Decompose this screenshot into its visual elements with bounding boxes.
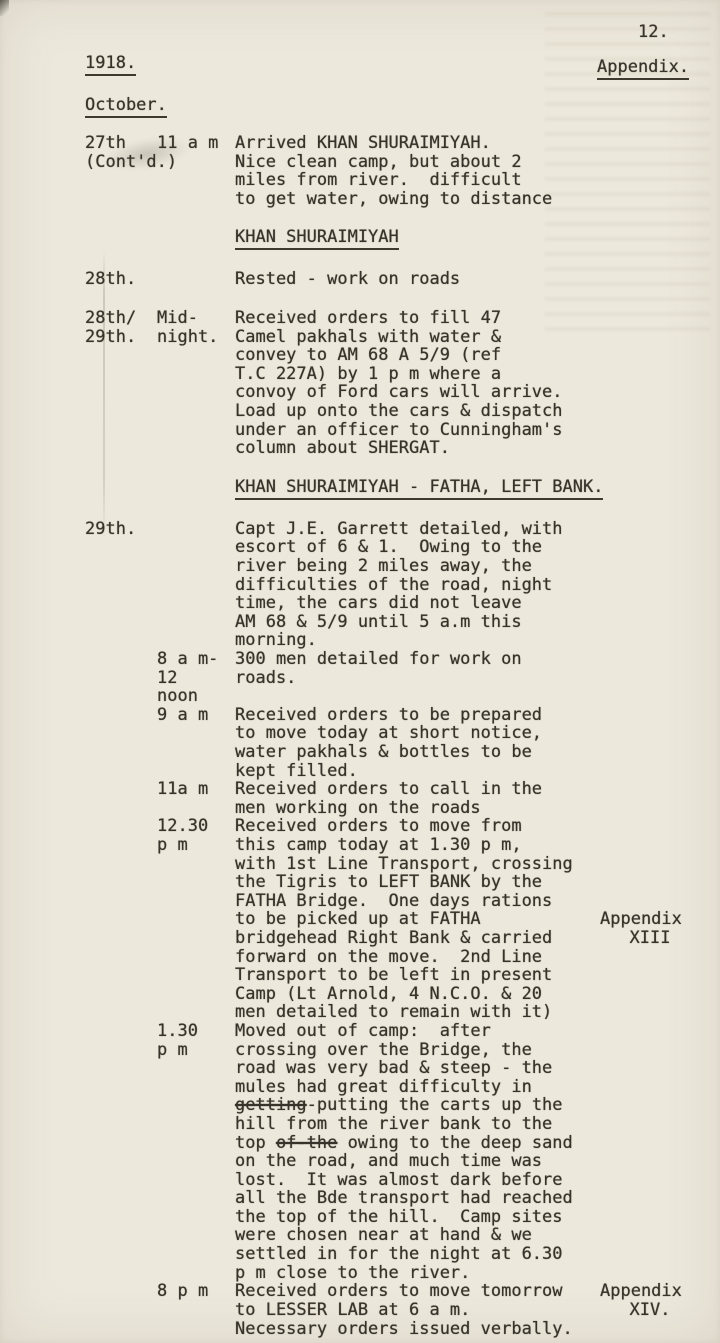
diary-entry: 28th/29th.Mid-night.Received orders to f… bbox=[0, 309, 720, 458]
entry-time: Mid-night. bbox=[157, 309, 218, 346]
appendix-margin-line: Appendix bbox=[600, 910, 700, 929]
month-heading-text: October. bbox=[85, 95, 167, 118]
appendix-margin-line: XIV. bbox=[600, 1301, 700, 1320]
entry-date-line: 29th. bbox=[85, 328, 136, 347]
entry-line: road was very bad & steep - the bbox=[235, 1059, 608, 1078]
entry-line: with 1st Line Transport, crossing bbox=[235, 855, 608, 874]
month-heading: October. bbox=[85, 95, 167, 115]
entry-line: to LESSER LAB at 6 a m. bbox=[235, 1301, 608, 1320]
entry-line: to get water, owing to distance bbox=[235, 190, 608, 209]
entry-line: Nice clean camp, but about 2 bbox=[235, 153, 608, 172]
appendix-margin-line: XIII bbox=[600, 929, 700, 948]
entry-line: morning. bbox=[235, 631, 608, 650]
section-heading-text: KHAN SHURAIMIYAH bbox=[235, 227, 399, 250]
diary-entry: 9 a mReceived orders to be preparedto mo… bbox=[0, 706, 720, 780]
entry-date-line: 29th. bbox=[85, 520, 136, 539]
scan-corner-mark bbox=[0, 0, 9, 16]
entry-body: Capt J.E. Garrett detailed, withescort o… bbox=[235, 520, 608, 650]
appendix-margin-note: AppendixXIII bbox=[600, 910, 700, 947]
diary-entry: 11a mReceived orders to call in themen w… bbox=[0, 780, 720, 817]
document-page: 12. 1918. Appendix. October. 27th(Cont'd… bbox=[0, 0, 720, 1343]
entry-time-line: p m bbox=[157, 836, 208, 855]
entry-line: Necessary orders issued verbally. bbox=[235, 1320, 608, 1339]
diary-entry: 8 p mReceived orders to move tomorrowto … bbox=[0, 1282, 720, 1338]
entry-line: the top of the hill. Camp sites bbox=[235, 1208, 608, 1227]
entry-line: column about SHERGAT. bbox=[235, 439, 608, 458]
section-heading: KHAN SHURAIMIYAH bbox=[235, 228, 720, 250]
entry-body: Received orders to be preparedto move to… bbox=[235, 706, 608, 780]
entry-line: miles from river. difficult bbox=[235, 171, 608, 190]
entry-line: settled in for the night at 6.30 bbox=[235, 1245, 608, 1264]
entry-line: T.C 227A) by 1 p m where a bbox=[235, 365, 608, 384]
entry-time-line: 1.30 bbox=[157, 1022, 198, 1041]
entry-body: Received orders to call in themen workin… bbox=[235, 780, 608, 817]
entry-line: mules had great difficulty in bbox=[235, 1078, 608, 1097]
entry-body: Rested - work on roads bbox=[235, 270, 608, 289]
entry-time-line: 8 a m- bbox=[157, 650, 218, 669]
entry-time-line: Mid- bbox=[157, 309, 218, 328]
entry-line: water pakhals & bottles to be bbox=[235, 743, 608, 762]
entry-line: Received orders to be prepared bbox=[235, 706, 608, 725]
entry-line: p m close to the river. bbox=[235, 1264, 608, 1283]
entry-line: this camp today at 1.30 p m, bbox=[235, 836, 608, 855]
entry-line: to be picked up at FATHA bbox=[235, 910, 608, 929]
entry-body: Moved out of camp: aftercrossing over th… bbox=[235, 1022, 608, 1282]
entry-time-line: 12 bbox=[157, 669, 218, 688]
entry-line: difficulties of the road, night bbox=[235, 576, 608, 595]
diary-entry: 1.30p mMoved out of camp: aftercrossing … bbox=[0, 1022, 720, 1282]
diary-entry: 27th(Cont'd.)11 a mArrived KHAN SHURAIMI… bbox=[0, 134, 720, 208]
entry-line: river being 2 miles away, the bbox=[235, 557, 608, 576]
entry-time-line: 11 a m bbox=[157, 134, 218, 153]
entry-line: bridgehead Right Bank & carried bbox=[235, 929, 608, 948]
entry-body: 300 men detailed for work onroads. bbox=[235, 650, 608, 687]
entry-body: Received orders to fill 47Camel pakhals … bbox=[235, 309, 608, 458]
entry-line: on the road, and much time was bbox=[235, 1152, 608, 1171]
entry-time-line: night. bbox=[157, 328, 218, 347]
year-heading: 1918. bbox=[85, 53, 136, 73]
entry-line: FATHA Bridge. One days rations bbox=[235, 892, 608, 911]
entry-date-line: (Cont'd.) bbox=[85, 153, 177, 172]
entry-line: Received orders to fill 47 bbox=[235, 309, 608, 328]
entry-line: all the Bde transport had reached bbox=[235, 1189, 608, 1208]
entry-time: 11a m bbox=[157, 780, 208, 799]
entry-time: 8 p m bbox=[157, 1282, 208, 1301]
struck-text: of-the bbox=[276, 1133, 337, 1153]
entry-line: escort of 6 & 1. Owing to the bbox=[235, 538, 608, 557]
text-segment: owing to the deep sand bbox=[337, 1133, 572, 1153]
entry-line: Received orders to call in the bbox=[235, 780, 608, 799]
entry-date-line: 28th. bbox=[85, 270, 136, 289]
entry-line: 300 men detailed for work on bbox=[235, 650, 608, 669]
entry-line: time, the cars did not leave bbox=[235, 594, 608, 613]
entry-line: Moved out of camp: after bbox=[235, 1022, 608, 1041]
entry-line: Load up onto the cars & dispatch bbox=[235, 402, 608, 421]
entry-line: Camel pakhals with water & bbox=[235, 328, 608, 347]
text-segment: top bbox=[235, 1133, 276, 1153]
entry-line: crossing over the Bridge, the bbox=[235, 1041, 608, 1060]
entry-line: convey to AM 68 A 5/9 (ref bbox=[235, 346, 608, 365]
page-number: 12. bbox=[638, 22, 669, 42]
diary-entry: 28th.Rested - work on roads bbox=[0, 270, 720, 289]
entry-date: 29th. bbox=[85, 520, 136, 539]
entry-line: Received orders to move from bbox=[235, 817, 608, 836]
entry-line: kept filled. bbox=[235, 762, 608, 781]
entry-date-line: 28th/ bbox=[85, 309, 136, 328]
entry-line: Transport to be left in present bbox=[235, 966, 608, 985]
entry-line: the Tigris to LEFT BANK by the bbox=[235, 873, 608, 892]
entry-body: Arrived KHAN SHURAIMIYAH.Nice clean camp… bbox=[235, 134, 608, 208]
entry-time-line: noon bbox=[157, 687, 218, 706]
entry-body: Received orders to move fromthis camp to… bbox=[235, 817, 608, 1022]
entry-line: AM 68 & 5/9 until 5 a.m this bbox=[235, 613, 608, 632]
entry-line: convoy of Ford cars will arrive. bbox=[235, 383, 608, 402]
appendix-margin-line: Appendix bbox=[600, 1282, 700, 1301]
entry-date: 28th/29th. bbox=[85, 309, 136, 346]
entry-time-line: 12.30 bbox=[157, 817, 208, 836]
entry-time: 9 a m bbox=[157, 706, 208, 725]
entry-time: 1.30p m bbox=[157, 1022, 198, 1059]
entry-line: were chosen near at hand & we bbox=[235, 1226, 608, 1245]
entry-line: lost. It was almost dark before bbox=[235, 1171, 608, 1190]
entry-time-line: 11a m bbox=[157, 780, 208, 799]
appendix-column-heading-text: Appendix. bbox=[597, 57, 689, 80]
struck-text: getting bbox=[235, 1095, 307, 1115]
entry-line: Camp (Lt Arnold, 4 N.C.O. & 20 bbox=[235, 985, 608, 1004]
diary-entry: 8 a m-12noon300 men detailed for work on… bbox=[0, 650, 720, 706]
text-segment: -putting the carts up the bbox=[307, 1095, 563, 1115]
entry-line: to move today at short notice, bbox=[235, 724, 608, 743]
entry-line: men working on the roads bbox=[235, 799, 608, 818]
section-heading-text: KHAN SHURAIMIYAH - FATHA, LEFT BANK. bbox=[235, 477, 603, 500]
entry-line: Received orders to move tomorrow bbox=[235, 1282, 608, 1301]
section-heading: KHAN SHURAIMIYAH - FATHA, LEFT BANK. bbox=[235, 478, 720, 500]
entry-time: 11 a m bbox=[157, 134, 218, 153]
entry-line: hill from the river bank to the bbox=[235, 1115, 608, 1134]
entry-date: 28th. bbox=[85, 270, 136, 289]
entry-time: 12.30p m bbox=[157, 817, 208, 854]
entry-line: Capt J.E. Garrett detailed, with bbox=[235, 520, 608, 539]
entry-time-line: p m bbox=[157, 1041, 198, 1060]
diary-entries: 27th(Cont'd.)11 a mArrived KHAN SHURAIMI… bbox=[0, 134, 720, 1338]
entry-line: forward on the move. 2nd Line bbox=[235, 948, 608, 967]
entry-line: getting-putting the carts up the bbox=[235, 1096, 608, 1115]
entry-line: men detailed to remain with it) bbox=[235, 1003, 608, 1022]
entry-time: 8 a m-12noon bbox=[157, 650, 218, 706]
diary-entry: 29th.Capt J.E. Garrett detailed, withesc… bbox=[0, 520, 720, 650]
entry-time-line: 8 p m bbox=[157, 1282, 208, 1301]
entry-time-line: 9 a m bbox=[157, 706, 208, 725]
diary-entry: 12.30p mReceived orders to move fromthis… bbox=[0, 817, 720, 1022]
appendix-margin-note: AppendixXIV. bbox=[600, 1282, 700, 1319]
entry-line: Rested - work on roads bbox=[235, 270, 608, 289]
year-heading-text: 1918. bbox=[85, 53, 136, 76]
entry-body: Received orders to move tomorrowto LESSE… bbox=[235, 1282, 608, 1338]
appendix-column-heading: Appendix. bbox=[597, 57, 689, 77]
entry-line: Arrived KHAN SHURAIMIYAH. bbox=[235, 134, 608, 153]
entry-line: roads. bbox=[235, 669, 608, 688]
entry-line: under an officer to Cunningham's bbox=[235, 421, 608, 440]
entry-line: top of-the owing to the deep sand bbox=[235, 1134, 608, 1153]
